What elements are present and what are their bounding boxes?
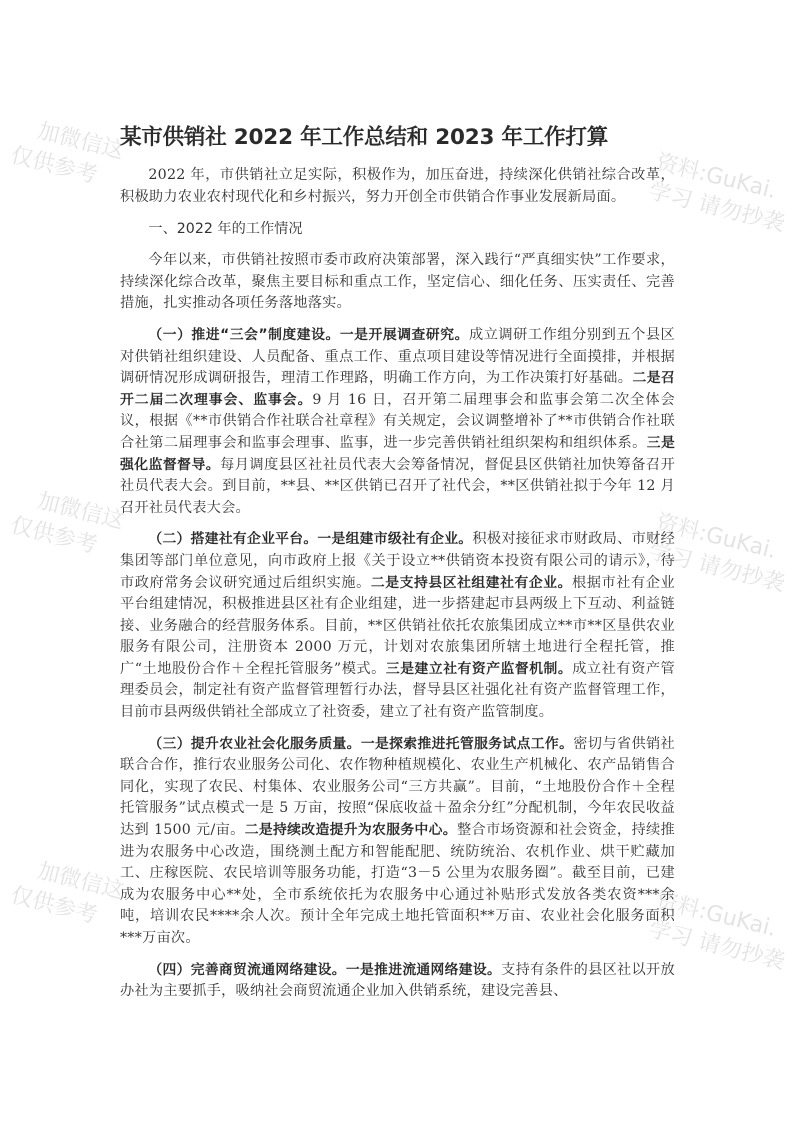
- intro-paragraph: 2022 年，市供销社立足实际，积极作为，加压奋进，持续深化供销社综合改革，积极…: [120, 165, 675, 208]
- point-heading: 三是建立社有资产监督机制。: [386, 661, 572, 677]
- point-text: 整合市场资源和社会资金，持续推进为农服务中心改造，围绕测土配方和智能配肥、统防统…: [120, 822, 675, 946]
- point-heading: 二是持续改造提升为农服务中心。: [245, 822, 457, 838]
- item-heading: （二）搭建社有企业平台。: [148, 531, 317, 547]
- document-page: 加微信这 仅供参考 加微信这 仅供参考 加微信这 仅供参考 资料:GuKai. …: [0, 0, 793, 1122]
- work-item-1: （一）推进“三会”制度建设。一是开展调查研究。成立调研工作组分别到五个县区对供销…: [120, 325, 675, 519]
- point-heading: 一是开展调查研究。: [340, 327, 469, 343]
- watermark-text: 加微信这: [34, 487, 127, 537]
- work-item-2: （二）搭建社有企业平台。一是组建市级社有企业。积极对接征求市财政局、市财经集团等…: [120, 529, 675, 723]
- watermark-text: 仅供参考: [7, 511, 119, 566]
- watermark-left-3: 加微信这 仅供参考: [7, 852, 126, 936]
- watermark-text: 加微信这: [34, 857, 127, 907]
- work-item-4: （四）完善商贸流通网络建设。一是推进流通网络建设。支持有条件的县区社以开放办社为…: [120, 960, 675, 1003]
- item-heading: （三）提升农业社会化服务质量。: [148, 736, 360, 752]
- point-heading: 一是组建市级社有企业。: [317, 531, 472, 547]
- document-body: 某市供销社 2022 年工作总结和 2023 年工作打算 2022 年，市供销社…: [120, 120, 675, 1013]
- watermark-left-1: 加微信这 仅供参考: [7, 112, 126, 196]
- document-title: 某市供销社 2022 年工作总结和 2023 年工作打算: [120, 120, 675, 151]
- work-item-3: （三）提升农业社会化服务质量。一是探索推进托管服务试点工作。密切与省供销社联合合…: [120, 734, 675, 950]
- item-heading: （一）推进“三会”制度建设。: [148, 327, 339, 343]
- watermark-text: 仅供参考: [7, 881, 119, 936]
- watermark-left-2: 加微信这 仅供参考: [7, 482, 126, 566]
- section-heading: 一、2022 年的工作情况: [120, 218, 675, 240]
- item-heading: （四）完善商贸流通网络建设。: [148, 962, 346, 978]
- point-heading: 二是支持县区社组建社有企业。: [371, 575, 572, 591]
- point-heading: 一是探索推进托管服务试点工作。: [361, 736, 573, 752]
- watermark-text: 仅供参考: [7, 141, 119, 196]
- section-intro-paragraph: 今年以来，市供销社按照市委市政府决策部署，深入践行“严真细实快”工作要求，持续深…: [120, 250, 675, 315]
- watermark-text: 加微信这: [34, 117, 127, 167]
- point-heading: 一是推进流通网络建设。: [346, 962, 501, 978]
